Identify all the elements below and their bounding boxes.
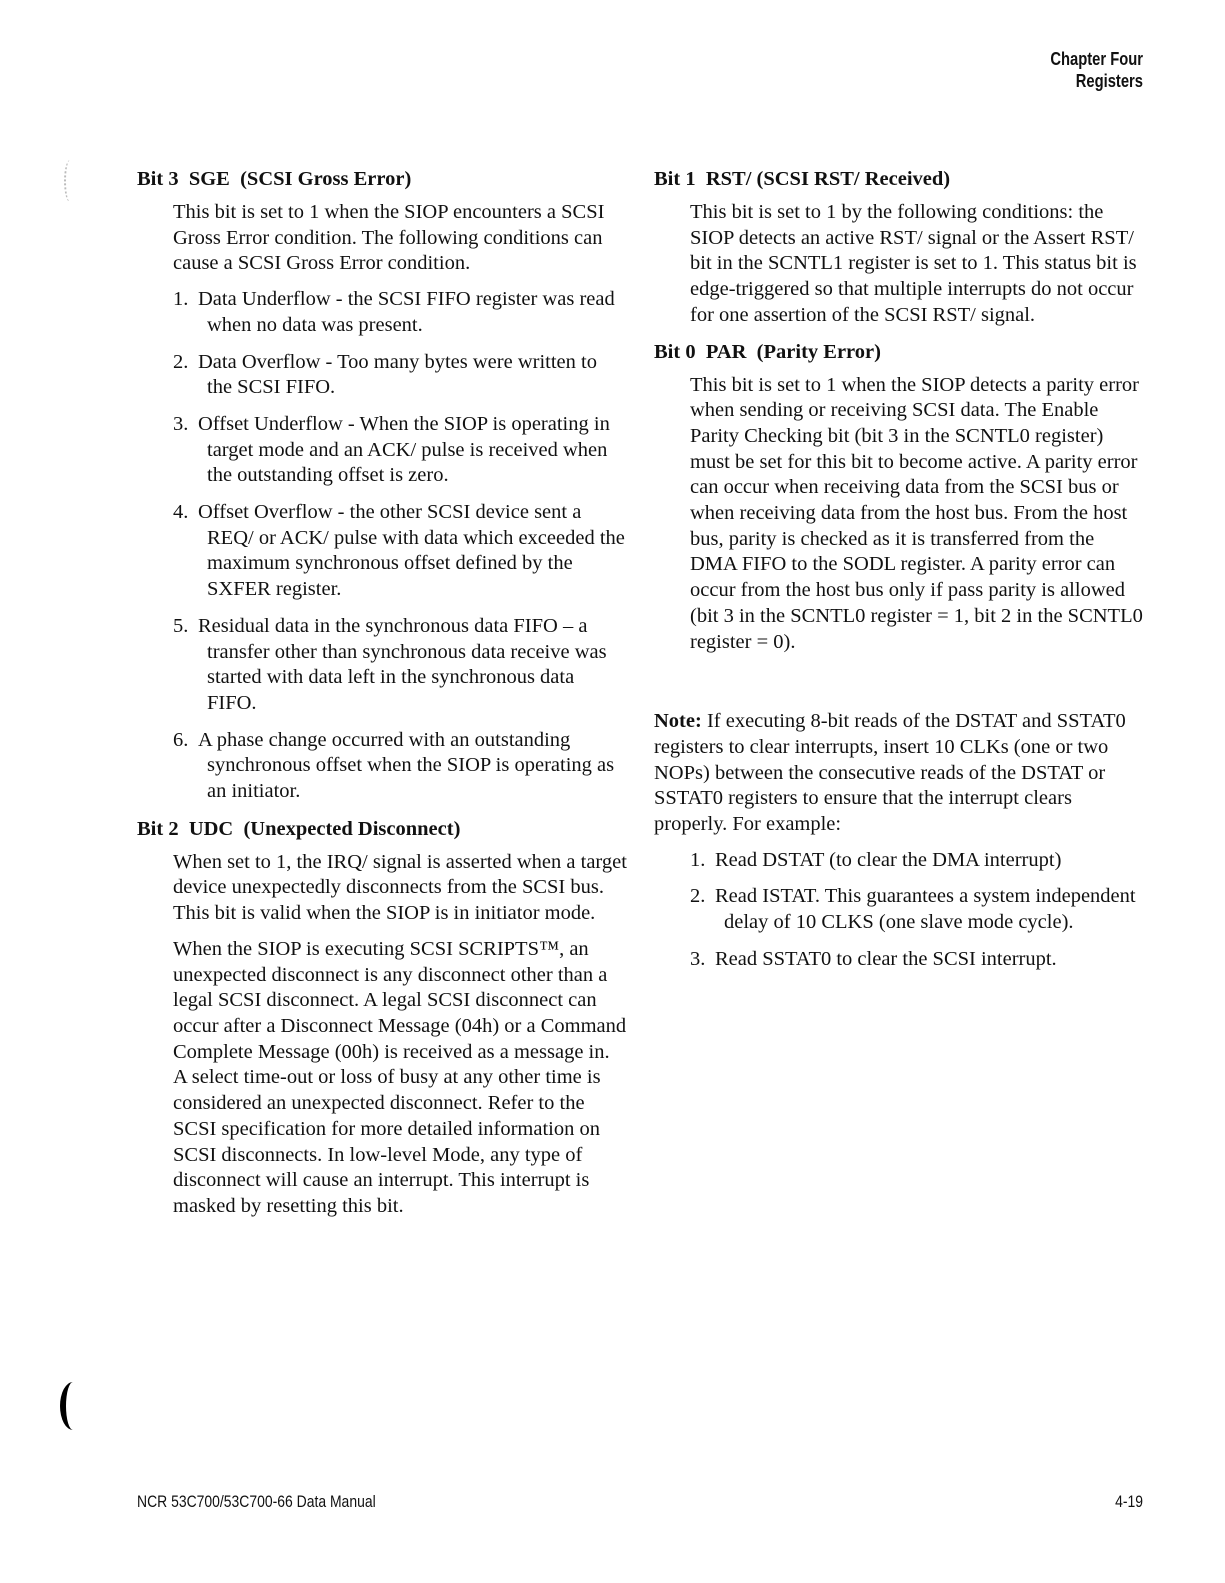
manual-title: NCR 53C700/53C700-66 Data Manual	[137, 1492, 376, 1512]
left-column: Bit 3 SGE (SCSI Gross Error) This bit is…	[137, 166, 627, 1230]
bit3-heading: Bit 3 SGE (SCSI Gross Error)	[137, 166, 627, 192]
note-paragraph: Note: If executing 8-bit reads of the DS…	[654, 709, 1144, 838]
bit0-heading: Bit 0 PAR (Parity Error)	[654, 339, 1144, 365]
list-item: 3.Read SSTAT0 to clear the SCSI interrup…	[690, 947, 1144, 973]
right-column: Bit 1 RST/ (SCSI RST/ Received) This bit…	[654, 166, 1144, 984]
list-item: 3.Offset Underflow - When the SIOP is op…	[173, 412, 627, 489]
list-item: 4.Offset Overflow - the other SCSI devic…	[173, 500, 627, 603]
note-text: If executing 8-bit reads of the DSTAT an…	[654, 710, 1126, 835]
bit2-heading: Bit 2 UDC (Unexpected Disconnect)	[137, 816, 627, 842]
section-title: Registers	[1050, 70, 1143, 92]
list-item: 2.Data Overflow - Too many bytes were wr…	[173, 350, 627, 401]
bit1-para: This bit is set to 1 by the following co…	[690, 200, 1144, 329]
bit0-para: This bit is set to 1 when the SIOP detec…	[690, 373, 1144, 656]
note-steps-list: 1.Read DSTAT (to clear the DMA interrupt…	[690, 848, 1144, 973]
page-header: Chapter Four Registers	[1050, 48, 1143, 92]
note-label: Note:	[654, 710, 702, 732]
bit2-para-1: When set to 1, the IRQ/ signal is assert…	[173, 850, 627, 927]
scan-artifact	[64, 160, 76, 202]
list-item: 2.Read ISTAT. This guarantees a system i…	[690, 884, 1144, 935]
chapter-title: Chapter Four	[1050, 48, 1143, 70]
gross-error-conditions-list: 1.Data Underflow - the SCSI FIFO registe…	[173, 287, 627, 805]
list-item: 1.Data Underflow - the SCSI FIFO registe…	[173, 287, 627, 338]
list-item: 6.A phase change occurred with an outsta…	[173, 728, 627, 805]
bit1-heading: Bit 1 RST/ (SCSI RST/ Received)	[654, 166, 1144, 192]
bit3-intro: This bit is set to 1 when the SIOP encou…	[173, 200, 627, 277]
list-item: 1.Read DSTAT (to clear the DMA interrupt…	[690, 848, 1144, 874]
binder-hole-mark	[60, 1382, 86, 1430]
page-number: 4-19	[1115, 1492, 1143, 1512]
bit2-para-2: When the SIOP is executing SCSI SCRIPTS™…	[173, 937, 627, 1220]
list-item: 5.Residual data in the synchronous data …	[173, 614, 627, 717]
